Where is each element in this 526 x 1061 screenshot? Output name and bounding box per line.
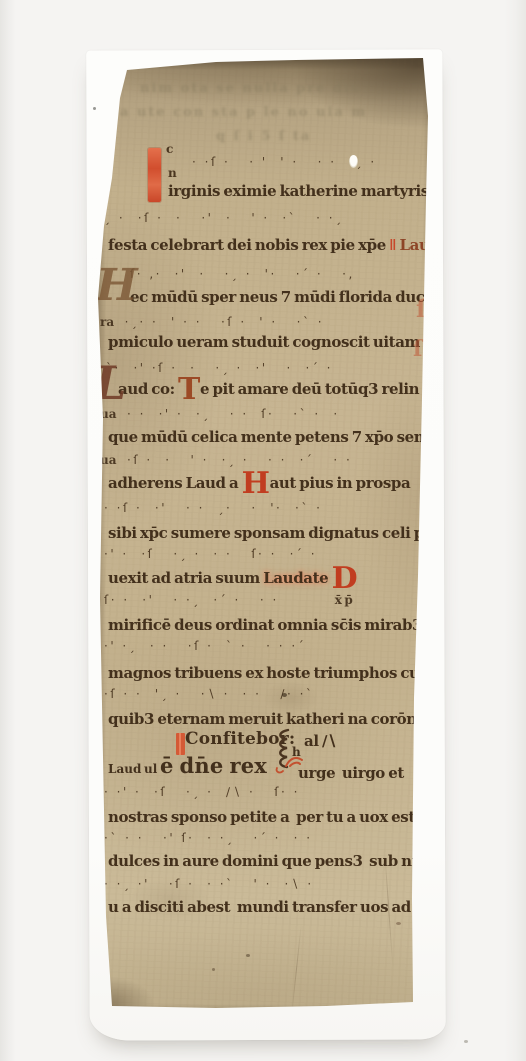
neume-row-13: · ·' · ·ſ ·ˏ · ∕∖ · ſ· · xyxy=(104,786,300,798)
text-line-2-segment: Laud p̄ xyxy=(396,236,453,254)
text-line-11-segment: magnos tribuens ex hoste triumphos cum xyxy=(108,664,435,682)
neume-row-7: ua ·ſ · · ' · ·ˏ · · · ·´ · · xyxy=(100,454,352,466)
erased-line-1-segment: nim ota se nulla pre dis xyxy=(140,81,360,96)
text-line-1-segment: irginis eximie katherine martyris alme xyxy=(168,182,471,200)
parchment-crease xyxy=(291,924,301,1014)
text-line-9: uexit ad atria suum Laudate D xyxy=(108,571,357,586)
ink-speck xyxy=(396,922,401,925)
erased-line-1: nim ota se nulla pre dis xyxy=(140,82,360,95)
text-line-9-segment: Laudate xyxy=(263,569,331,587)
text-line-2-segment: festa celebrart dei nobis rex pie xp̄e xyxy=(108,236,386,254)
text-line-13c: al ∕∖ xyxy=(304,734,336,749)
manuscript-photo: nim ota se nulla pre disa ute con sta p … xyxy=(0,0,526,1061)
text-line-14-segment: Laud ul xyxy=(108,762,160,776)
text-line-7-segment: adherens Laud a xyxy=(108,474,242,492)
neume-row-4: ra ·ˏ· · ' · · ·ſ · ' · ·` · xyxy=(100,316,324,328)
text-line-8: sibi xp̄c sumere sponsam dignatus celi p xyxy=(108,526,424,541)
marginal-initial-h: H xyxy=(96,260,138,311)
text-line-7-segment: aut pius in prospa xyxy=(270,474,411,492)
neume-row-9: ·' · ·ſ ·ˏ · · · ſ· · ·´ · xyxy=(104,548,317,560)
neume-row-8-segment: · ·ſ · ·' · · ˏ· · '· ·` · xyxy=(104,501,322,515)
neume-row-11: ·' ·ˏ · · ·ſ · ` · · · ·´ xyxy=(104,640,306,652)
text-line-6-segment: que mūdū celica mente petens 7 xp̄o semp… xyxy=(108,428,456,446)
red-paraph-mark xyxy=(176,733,185,755)
text-line-8-segment: sibi xp̄c sumere sponsam dignatus celi p xyxy=(108,524,424,542)
photo-left-edge xyxy=(0,0,16,1061)
text-line-3-segment: ec mūdū sper neus 7 mūdi florida duces xyxy=(130,288,442,306)
ink-speck xyxy=(246,954,250,957)
text-line-12-segment: quib3 eternam meruit katheri na corōne xyxy=(108,710,426,728)
text-line-15: nostras sponso petite a per tu a uox est xyxy=(108,810,415,825)
neume-row-8: · ·ſ · ·' · · ˏ· · '· ·` · xyxy=(104,502,322,514)
guide-letter-c: c xyxy=(166,142,173,156)
neume-row-4-segment: ra xyxy=(100,315,118,329)
neume-row-2: ˏ · ·ſ · · ·' · ' · ·` · ·ˏ xyxy=(104,212,344,224)
neume-row-10-segment: ſ· · ·' · ·ˏ ·´ · · · xyxy=(104,593,279,607)
parchment: nim ota se nulla pre disa ute con sta p … xyxy=(96,56,432,1014)
neume-row-10: ſ· · ·' · ·ˏ ·´ · · ·x̄p̄ xyxy=(104,594,355,606)
neume-row-4-segment: ·ˏ· · ' · · ·ſ · ' · ·` · xyxy=(118,315,324,329)
text-line-17-segment: u a disciti abest mundi transfer uos ad xyxy=(108,898,411,916)
erased-line-3-segment: q ſ i 5 ſ ta xyxy=(216,129,311,144)
neume-row-6-segment: · · ·' · ·ˏ · · ſ· ·` · · xyxy=(121,407,340,421)
text-line-1: irginis eximie katherine martyris alme xyxy=(168,184,471,199)
neume-row-10-segment: x̄p̄ xyxy=(335,593,356,607)
text-line-5-segment: aud co: xyxy=(118,380,178,398)
neume-row-7-segment: ua xyxy=(100,453,121,467)
red-initial-bar xyxy=(148,148,161,202)
text-line-2-segment: ǁ xyxy=(386,236,396,254)
text-line-14: Laud ul ē dn̄e rex xyxy=(108,755,267,776)
parchment-hole xyxy=(349,155,358,168)
erased-line-3: q ſ i 5 ſ ta xyxy=(216,130,311,143)
neume-row-9-segment: ·' · ·ſ ·ˏ · · · ſ· · ·´ · xyxy=(104,547,317,561)
text-line-12: quib3 eternam meruit katheri na corōne ∕… xyxy=(108,712,443,727)
neume-row-3: ſ· ,· ·' · ·ˏ · '· ·´ · ·, xyxy=(130,268,355,280)
text-line-13c-segment: al xyxy=(304,732,319,750)
text-line-14-segment: ē dn̄e rex xyxy=(160,753,267,778)
neume-row-6: ua · · ·' · ·ˏ · · ſ· ·` · · xyxy=(100,408,340,420)
text-line-5: aud co: Te pit amare deū totūq3 relin xyxy=(118,382,419,397)
text-line-5-segment: e pit amare deū totūq3 relin xyxy=(200,380,419,398)
text-line-10: mirificē deus ordinat omnia sc̄is mirab3 xyxy=(108,618,422,633)
text-line-7: adherens Laud a Haut pius in prospa xyxy=(108,476,410,491)
neume-row-11-segment: ·' ·ˏ · · ·ſ · ` · · · ·´ xyxy=(104,639,306,653)
neume-row-2-segment: ˏ · ·ſ · · ·' · ' · ·` · ·ˏ xyxy=(104,211,344,225)
text-line-13c-segment: ∕∖ xyxy=(319,732,337,750)
text-line-14b-segment: urge uirgo et xyxy=(298,764,404,782)
dust-speck xyxy=(464,1040,468,1043)
erased-line-2-segment: a ute con sta p le no uia m xyxy=(120,105,367,120)
red-curl-ornament-icon xyxy=(284,752,304,770)
photo-right-edge xyxy=(504,0,526,1061)
red-margin-flourish-2: ſ xyxy=(413,336,422,362)
text-line-10-segment: mirificē deus ordinat omnia sc̄is mirab3 xyxy=(108,616,422,634)
neume-row-5-segment: `· ·' ·ſ · · ·ˏ · ·' · ·´ · xyxy=(106,361,333,375)
text-line-15-segment: nostras sponso petite a per tu a uox est xyxy=(108,808,415,826)
neume-row-14-segment: ·` · · ·' ſ· · ·ˏ ·´ · · · xyxy=(104,831,313,845)
ink-speck xyxy=(212,968,215,971)
neume-row-15-segment: · ·ˏ ·' ·ſ · · ·` ' · ·∖ · xyxy=(104,877,314,891)
neume-row-14: ·` · · ·' ſ· · ·ˏ ·´ · · · xyxy=(104,832,313,844)
text-line-4: pmiculo ueram studuit cognoscit uitam ſ xyxy=(108,335,429,350)
text-line-9-segment: uexit ad atria suum xyxy=(108,569,263,587)
text-line-3: ec mūdū sper neus 7 mūdi florida duces xyxy=(130,290,442,305)
text-line-5-segment: T xyxy=(178,372,200,407)
neume-row-7-segment: ·ſ · · ' · ·ˏ · · · ·´ · · xyxy=(121,453,353,467)
text-line-14b: urge uirgo et xyxy=(298,766,404,781)
ink-speck xyxy=(282,693,287,697)
neume-row-3-segment: ſ· ,· ·' · ·ˏ · '· ·´ · ·, xyxy=(130,267,355,281)
text-line-2: festa celebrart dei nobis rex pie xp̄e ǁ… xyxy=(108,238,453,253)
dust-speck xyxy=(93,107,96,110)
neume-row-13-segment: · ·' · ·ſ ·ˏ · ∕∖ · ſ· · xyxy=(104,785,300,799)
text-line-7-segment: H xyxy=(242,466,270,501)
text-line-9-segment: D xyxy=(332,561,358,596)
guide-letter-n: n xyxy=(168,166,177,180)
text-line-4-segment: pmiculo ueram studuit cognoscit uitam xyxy=(108,333,420,351)
neume-row-5: `· ·' ·ſ · · ·ˏ · ·' · ·´ · xyxy=(106,362,333,374)
text-line-11: magnos tribuens ex hoste triumphos cum xyxy=(108,666,435,681)
erased-line-2: a ute con sta p le no uia m xyxy=(120,106,367,119)
text-line-17: u a disciti abest mundi transfer uos ad xyxy=(108,900,411,915)
text-line-6: que mūdū celica mente petens 7 xp̄o semp… xyxy=(108,430,456,445)
neume-row-15: · ·ˏ ·' ·ſ · · ·` ' · ·∖ · xyxy=(104,878,314,890)
